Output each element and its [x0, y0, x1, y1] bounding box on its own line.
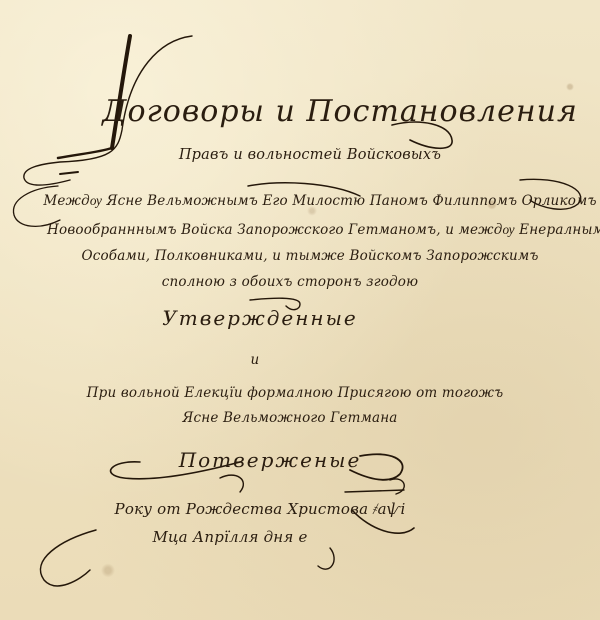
- text-line-1: Междѹ Ясне Вельможнымъ Его Милостю Паном…: [0, 193, 600, 209]
- heading-confirmed: Утвержденные: [0, 306, 560, 330]
- document-subtitle: Правъ и вольностей Войсковыхъ: [0, 147, 600, 163]
- text-line-2: Новообранннымъ Войска Запорожского Гетма…: [0, 222, 600, 238]
- text-line-3: Особами, Полковниками, и тымже Войскомъ …: [0, 248, 600, 264]
- text-line-5: При вольной Елекцїи формалною Присягою о…: [0, 385, 595, 401]
- date-line-day: Мца Апрїлля дня е: [0, 528, 530, 546]
- date-line-year: Року от Рождества Христова ҂аѱі: [0, 500, 560, 519]
- heading-ratified: Потверженые: [0, 448, 570, 472]
- text-line-4: сполною з обоихъ сторонъ згодою: [0, 274, 590, 290]
- manuscript-page: Договоры и Постановления Правъ и вольнос…: [0, 0, 600, 620]
- document-title: Договоры и Постановления: [0, 94, 600, 129]
- conjunction-and: и: [0, 352, 555, 368]
- text-line-6: Ясне Вельможного Гетмана: [0, 410, 590, 426]
